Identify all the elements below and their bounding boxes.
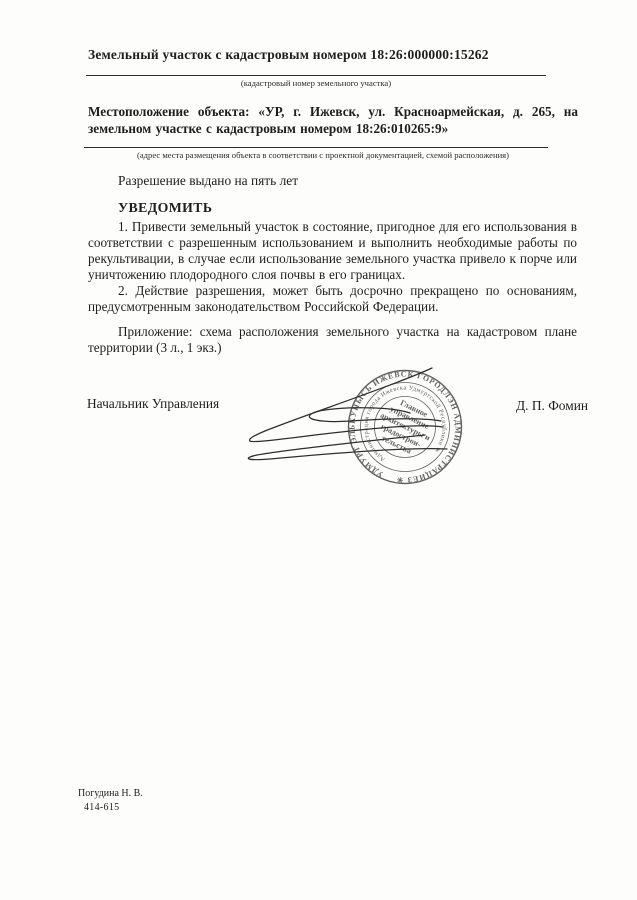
executor-name: Погудина Н. В. — [78, 788, 143, 799]
signature-stroke — [248, 435, 447, 460]
object-location-line: Местоположение объекта: «УР, г. Ижевск, … — [88, 103, 578, 137]
executor-phone: 414-615 — [84, 802, 119, 813]
clauses-block: 1. Привести земельный участок в состояни… — [88, 219, 577, 314]
signature-stroke — [309, 408, 441, 422]
cadastral-number-line: Земельный участок с кадастровым номером … — [88, 47, 580, 63]
signature-stroke — [250, 368, 443, 442]
cadastral-caption: (кадастровый номер земельного участка) — [86, 78, 546, 88]
permit-validity-line: Разрешение выдано на пять лет — [88, 173, 578, 189]
clause-1: 1. Привести земельный участок в состояни… — [88, 219, 577, 283]
clause-2: 2. Действие разрешения, может быть досро… — [88, 283, 577, 315]
document-page: Земельный участок с кадастровым номером … — [0, 0, 637, 900]
address-underline — [84, 147, 548, 148]
address-caption: (адрес места размещения объекта в соотве… — [84, 150, 562, 160]
notify-heading: УВЕДОМИТЬ — [88, 200, 578, 216]
signer-name: Д. П. Фомин — [516, 398, 588, 414]
handwritten-signature — [225, 355, 470, 465]
cadastral-underline — [86, 75, 546, 76]
signer-position-title: Начальник Управления — [87, 396, 219, 412]
